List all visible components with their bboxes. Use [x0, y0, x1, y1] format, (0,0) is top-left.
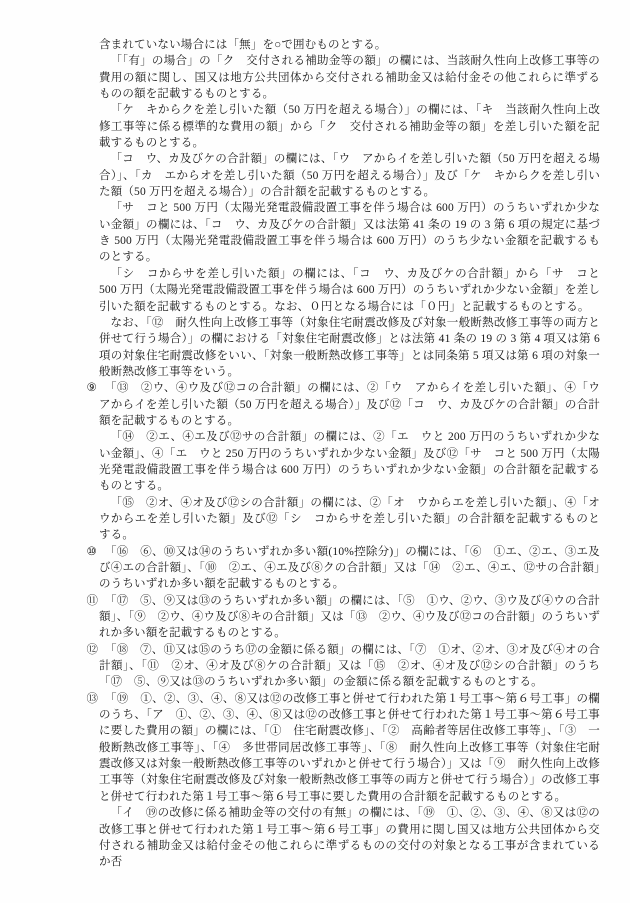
- item-number-marker: ⑪: [87, 593, 99, 609]
- paragraph: ⑬ 「⑲ ①、②、③、④、⑧又は⑫の改修工事と併せて行われた第１号工事～第６号工…: [99, 691, 600, 805]
- paragraph: 「⑮ ②オ、④オ及び⑫シの合計額」の欄には、②「オ ウからエを差し引いた額」、④…: [99, 495, 600, 544]
- paragraph: 「イ ⑲の改修に係る補助金等の交付の有無」の欄には、「⑲ ①、②、③、④、⑧又は…: [99, 805, 600, 870]
- paragraph: ⑪ 「⑰ ⑤、⑨又は⑬のうちいずれか多い額」の欄には、「⑤ ①ウ、②ウ、③ウ及び…: [99, 593, 600, 642]
- paragraph: なお、「⑫ 耐久性向上改修工事等（対象住宅耐震改修及び対象一般断熱改修工事等の両…: [99, 315, 600, 380]
- paragraph: ⑨ 「⑬ ②ウ、④ウ及び⑫コの合計額」の欄には、②「ウ アからイを差し引いた額」…: [99, 380, 600, 429]
- paragraph: 「ケ キからクを差し引いた額（50 万円を超える場合）」の欄には、「キ 当該耐久…: [99, 102, 600, 151]
- paragraph-text: 「⑯ ⑥、⑩又は⑭のうちいずれか多い額(10%控除分)」の欄には、「⑥ ①エ、②…: [99, 546, 600, 591]
- paragraph: 「「有」の場合」の「ク 交付される補助金等の額」の欄には、当該耐久性向上改修工事…: [99, 53, 600, 102]
- paragraph: 「サ コと 500 万円（太陽光発電設備設置工事を伴う場合は 600 万円）のう…: [99, 200, 600, 265]
- text-block: 含まれていない場合には「無」を○で囲むものとする。 「「有」の場合」の「ク 交付…: [99, 37, 600, 871]
- item-number-marker: ⑨: [87, 380, 97, 396]
- paragraph-text: 「⑲ ①、②、③、④、⑧又は⑫の改修工事と併せて行われた第１号工事～第６号工事」…: [99, 693, 600, 803]
- paragraph-text: 「ケ キからクを差し引いた額（50 万円を超える場合）」の欄には、「キ 当該耐久…: [99, 104, 600, 149]
- paragraph-text: 「シ コからサを差し引いた額」の欄には、「コ ウ、カ及びケの合計額」から「サ コ…: [99, 268, 600, 313]
- paragraph-text: 「イ ⑲の改修に係る補助金等の交付の有無」の欄には、「⑲ ①、②、③、④、⑧又は…: [99, 807, 600, 868]
- paragraph-text: 「「有」の場合」の「ク 交付される補助金等の額」の欄には、当該耐久性向上改修工事…: [99, 55, 600, 100]
- item-number-marker: ⑫: [87, 642, 99, 658]
- paragraph: 「シ コからサを差し引いた額」の欄には、「コ ウ、カ及びケの合計額」から「サ コ…: [99, 266, 600, 315]
- paragraph-text: 「⑮ ②オ、④オ及び⑫シの合計額」の欄には、②「オ ウからエを差し引いた額」、④…: [99, 497, 612, 542]
- document-page: 含まれていない場合には「無」を○で囲むものとする。 「「有」の場合」の「ク 交付…: [0, 0, 630, 903]
- paragraph-text: 「⑱ ⑦、⑪又は⑮のうち⑰の金額に係る額」の欄には、「⑦ ①オ、②オ、③オ及び④…: [99, 644, 600, 689]
- paragraph: 「コ ウ、カ及びケの合計額」の欄には、「ウ アからイを差し引いた額（50 万円を…: [99, 151, 600, 200]
- paragraph-text: 「⑬ ②ウ、④ウ及び⑫コの合計額」の欄には、②「ウ アからイを差し引いた額」、④…: [99, 382, 612, 427]
- paragraph-text: 「⑰ ⑤、⑨又は⑬のうちいずれか多い額」の欄には、「⑤ ①ウ、②ウ、③ウ及び④ウ…: [99, 595, 600, 640]
- paragraph: ⑫ 「⑱ ⑦、⑪又は⑮のうち⑰の金額に係る額」の欄には、「⑦ ①オ、②オ、③オ及…: [99, 642, 600, 691]
- paragraph-text: 含まれていない場合には「無」を○で囲むものとする。: [99, 39, 386, 51]
- paragraph: 「⑭ ②エ、④エ及び⑫サの合計額」の欄には、②「エ ウと 200 万円のうちいず…: [99, 429, 600, 494]
- item-number-marker: ⑩: [87, 544, 97, 560]
- paragraph-text: 「⑭ ②エ、④エ及び⑫サの合計額」の欄には、②「エ ウと 200 万円のうちいず…: [99, 431, 600, 492]
- paragraph: ⑩ 「⑯ ⑥、⑩又は⑭のうちいずれか多い額(10%控除分)」の欄には、「⑥ ①エ…: [99, 544, 600, 593]
- paragraph-text: 「コ ウ、カ及びケの合計額」の欄には、「ウ アからイを差し引いた額（50 万円を…: [99, 153, 600, 198]
- paragraph-text: 「サ コと 500 万円（太陽光発電設備設置工事を伴う場合は 600 万円）のう…: [99, 202, 600, 263]
- paragraph: 含まれていない場合には「無」を○で囲むものとする。: [99, 37, 600, 53]
- item-number-marker: ⑬: [87, 691, 99, 707]
- paragraph-text: なお、「⑫ 耐久性向上改修工事等（対象住宅耐震改修及び対象一般断熱改修工事等の両…: [99, 317, 600, 378]
